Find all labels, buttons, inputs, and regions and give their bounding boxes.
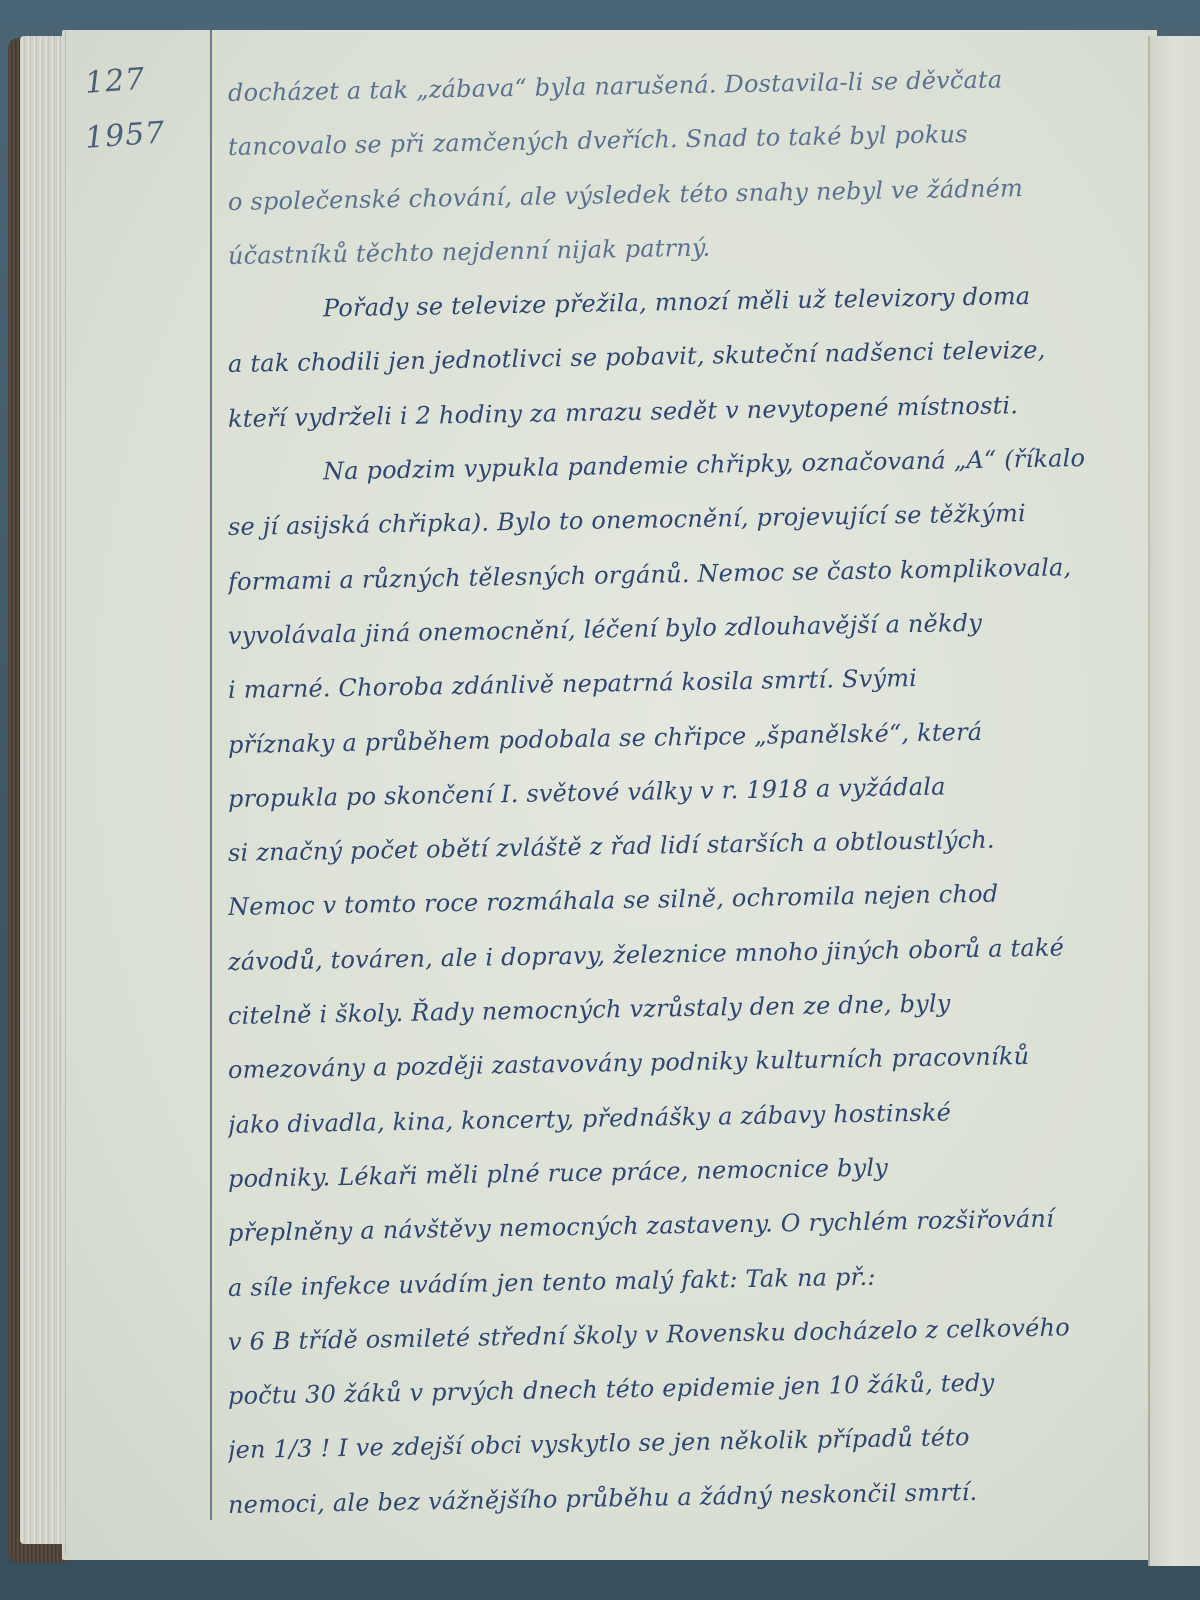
margin-notes: 127 1957 bbox=[85, 62, 195, 172]
facing-page-edge bbox=[1150, 36, 1200, 1566]
page-stack-edges bbox=[20, 36, 68, 1544]
year-note: 1957 bbox=[84, 113, 196, 156]
page-number: 127 bbox=[84, 58, 196, 101]
handwritten-text: docházet a tak „zábava“ byla narušená. D… bbox=[228, 66, 1118, 1532]
margin-rule bbox=[210, 30, 212, 1520]
page-edge-rule bbox=[65, 30, 66, 1555]
